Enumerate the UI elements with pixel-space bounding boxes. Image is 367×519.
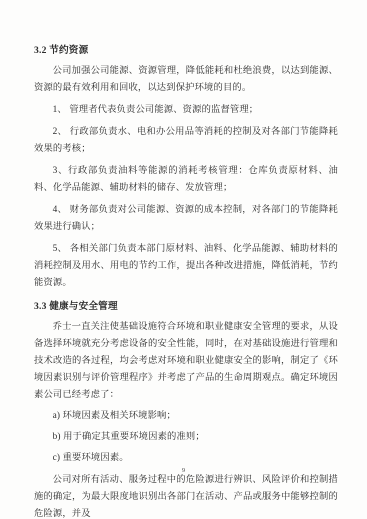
paragraph-intro-3-3: 乔士一直关注使基础设施符合环境和职业健康安全管理的要求，从设备选择环境就充分考虑… xyxy=(34,319,338,404)
numbered-item-1: 1、 管理者代表负责公司能源、资源的监督管理； xyxy=(34,102,338,119)
numbered-item-3: 3、行政部负责油料等能源的消耗考核管理：仓库负责原材料、油料、化学品能源、辅助材… xyxy=(34,163,338,197)
document-page: 3.2 节约资源 公司加强公司能源、资源管理，降低能耗和杜绝浪费，以达到能源、资… xyxy=(0,0,367,519)
numbered-item-5: 5、 各相关部门负责本部门原材料、油料、化学品能源、辅助材料的消耗控制及用水、用… xyxy=(34,241,338,292)
section-heading-saving-resources: 3.2 节约资源 xyxy=(34,44,338,57)
paragraph-intro-3-2: 公司加强公司能源、资源管理，降低能耗和杜绝浪费，以达到能源、资源的最有效利用和回… xyxy=(34,63,338,97)
numbered-item-2: 2、 行政部负责水、电和办公用品等消耗的控制及对各部门节能降耗效果的考核； xyxy=(34,124,338,158)
lettered-item-a: a) 环境因素及相关环境影响； xyxy=(34,408,338,425)
section-heading-health-safety: 3.3 健康与安全管理 xyxy=(34,300,338,313)
closing-paragraph: 公司对所有活动、服务过程中的危险源进行辨识、风险评价和控制措施的确定，为最大限度… xyxy=(34,472,338,519)
lettered-item-b: b) 用于确定其重要环境因素的准则； xyxy=(34,429,338,446)
page-number: 9 xyxy=(0,467,367,474)
numbered-item-4: 4、 财务部负责对公司能源、资源的成本控制，对各部门的节能降耗效果进行确认； xyxy=(34,202,338,236)
lettered-item-c: c) 重要环境因素。 xyxy=(34,450,338,467)
